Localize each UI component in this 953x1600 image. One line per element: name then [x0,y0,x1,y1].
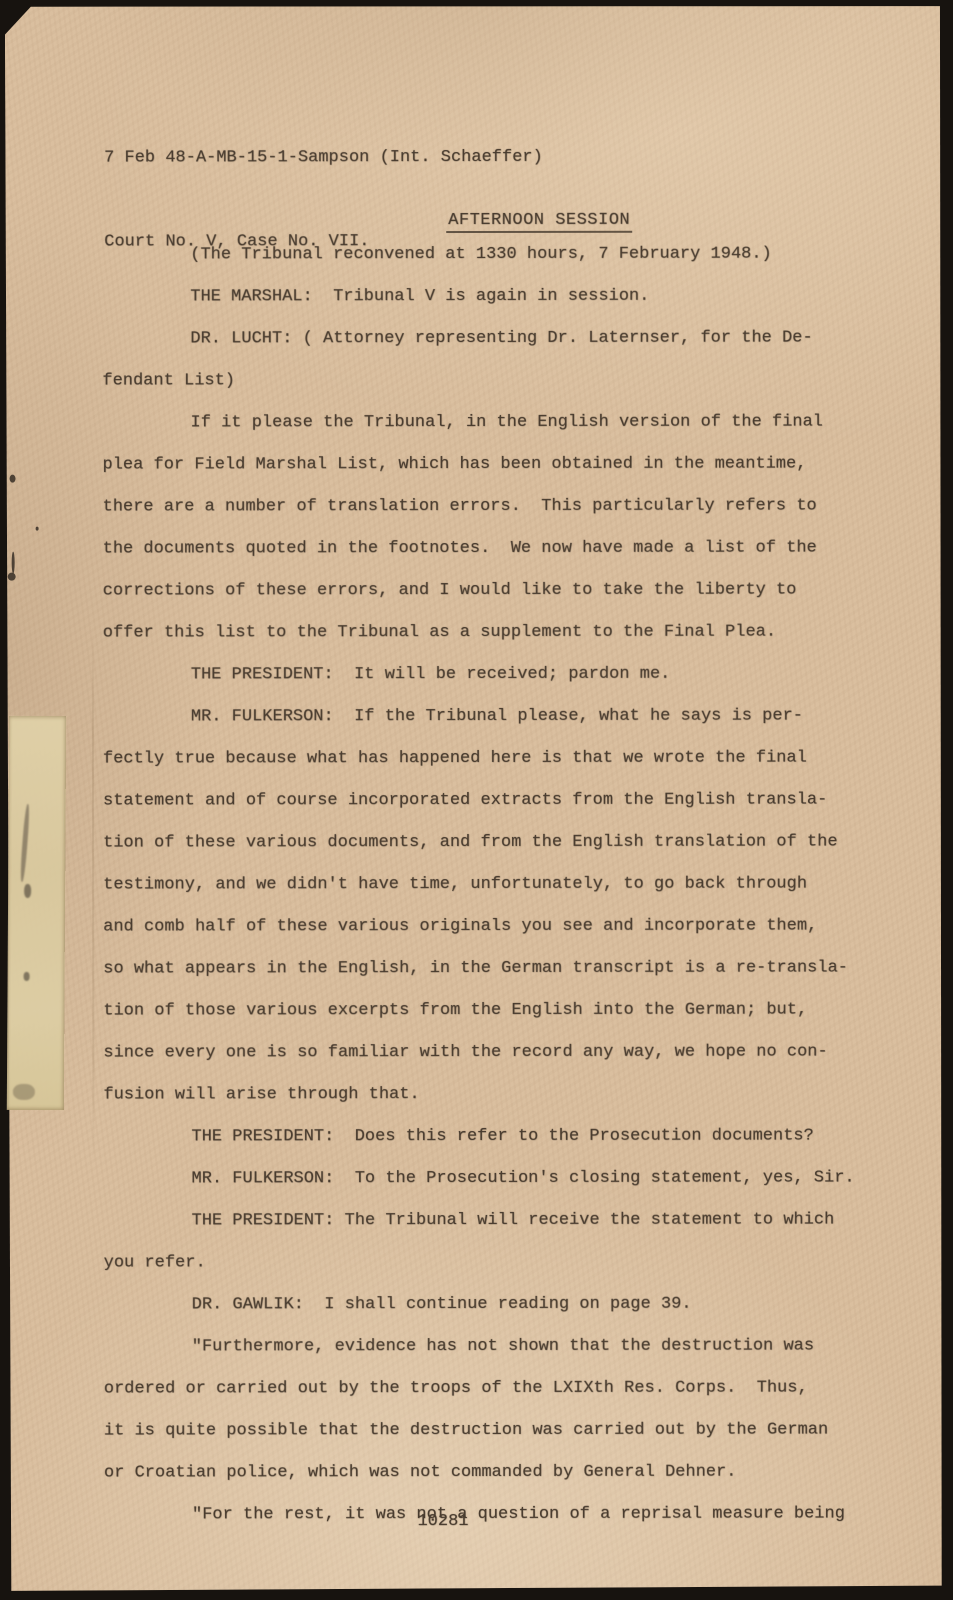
transcript-line: statement and of course incorporated ext… [103,779,875,822]
tape-smudge [13,1084,35,1100]
transcript-line: fusion will arise through that. [103,1073,875,1116]
transcript-line: If it please the Tribunal, in the Englis… [102,401,874,444]
transcript-line: it is quite possible that the destructio… [104,1409,876,1452]
transcript-line: the documents quoted in the footnotes. W… [103,527,875,570]
tape-smudge [19,804,30,882]
transcript-line: "Furthermore, evidence has not shown tha… [104,1325,876,1368]
transcript-line: THE PRESIDENT: The Tribunal will receive… [104,1199,876,1242]
transcript-line: or Croatian police, which was not comman… [104,1451,876,1494]
transcript-line: (The Tribunal reconvened at 1330 hours, … [102,233,874,276]
ink-speck [8,573,16,581]
transcript-line: THE PRESIDENT: It will be received; pard… [103,653,875,696]
transcript-line: DR. LUCHT: ( Attorney representing Dr. L… [102,317,874,360]
transcript-line: MR. FULKERSON: To the Prosecution's clos… [104,1157,876,1200]
transcript-line: tion of those various excerpts from the … [103,989,875,1032]
transcript-line: DR. GAWLIK: I shall continue reading on … [104,1283,876,1326]
ink-speck [10,475,16,483]
transcript-line: fectly true because what has happened he… [103,737,875,780]
transcript-line: offer this list to the Tribunal as a sup… [103,611,875,654]
transcript-body: AFTERNOON SESSION (The Tribunal reconven… [102,191,876,1536]
header-dictation-line: 7 Feb 48-A-MB-15-1-Sampson (Int. Schaeff… [104,144,543,173]
transcript-line: tion of these various documents, and fro… [103,821,875,864]
paper-sheet: 7 Feb 48-A-MB-15-1-Sampson (Int. Schaeff… [5,5,943,1591]
tape-smudge [24,972,30,981]
scanned-page-frame: 7 Feb 48-A-MB-15-1-Sampson (Int. Schaeff… [0,0,953,1600]
ink-speck [36,527,39,531]
transcript-line: plea for Field Marshal List, which has b… [103,443,875,486]
transcript-line: you refer. [104,1241,876,1284]
transcript-line: so what appears in the English, in the G… [103,947,875,990]
session-title: AFTERNOON SESSION [102,191,874,234]
tape-smudge [24,884,31,898]
tape-strip [7,716,66,1110]
transcript-line: and comb half of these various originals… [103,905,875,948]
transcript-line: corrections of these errors, and I would… [103,569,875,612]
page-number: 10281 [0,1511,911,1531]
transcript-line: since every one is so familiar with the … [103,1031,875,1074]
transcript-line: testimony, and we didn't have time, unfo… [103,863,875,906]
ink-speck [12,552,15,574]
transcript-line: ordered or carried out by the troops of … [104,1367,876,1410]
transcript-line: THE PRESIDENT: Does this refer to the Pr… [103,1115,875,1158]
transcript-line: MR. FULKERSON: If the Tribunal please, w… [103,695,875,738]
transcript-line: THE MARSHAL: Tribunal V is again in sess… [102,275,874,318]
paper-crease [92,627,95,1167]
transcript-line: fendant List) [102,359,874,402]
transcript-line: there are a number of translation errors… [103,485,875,528]
